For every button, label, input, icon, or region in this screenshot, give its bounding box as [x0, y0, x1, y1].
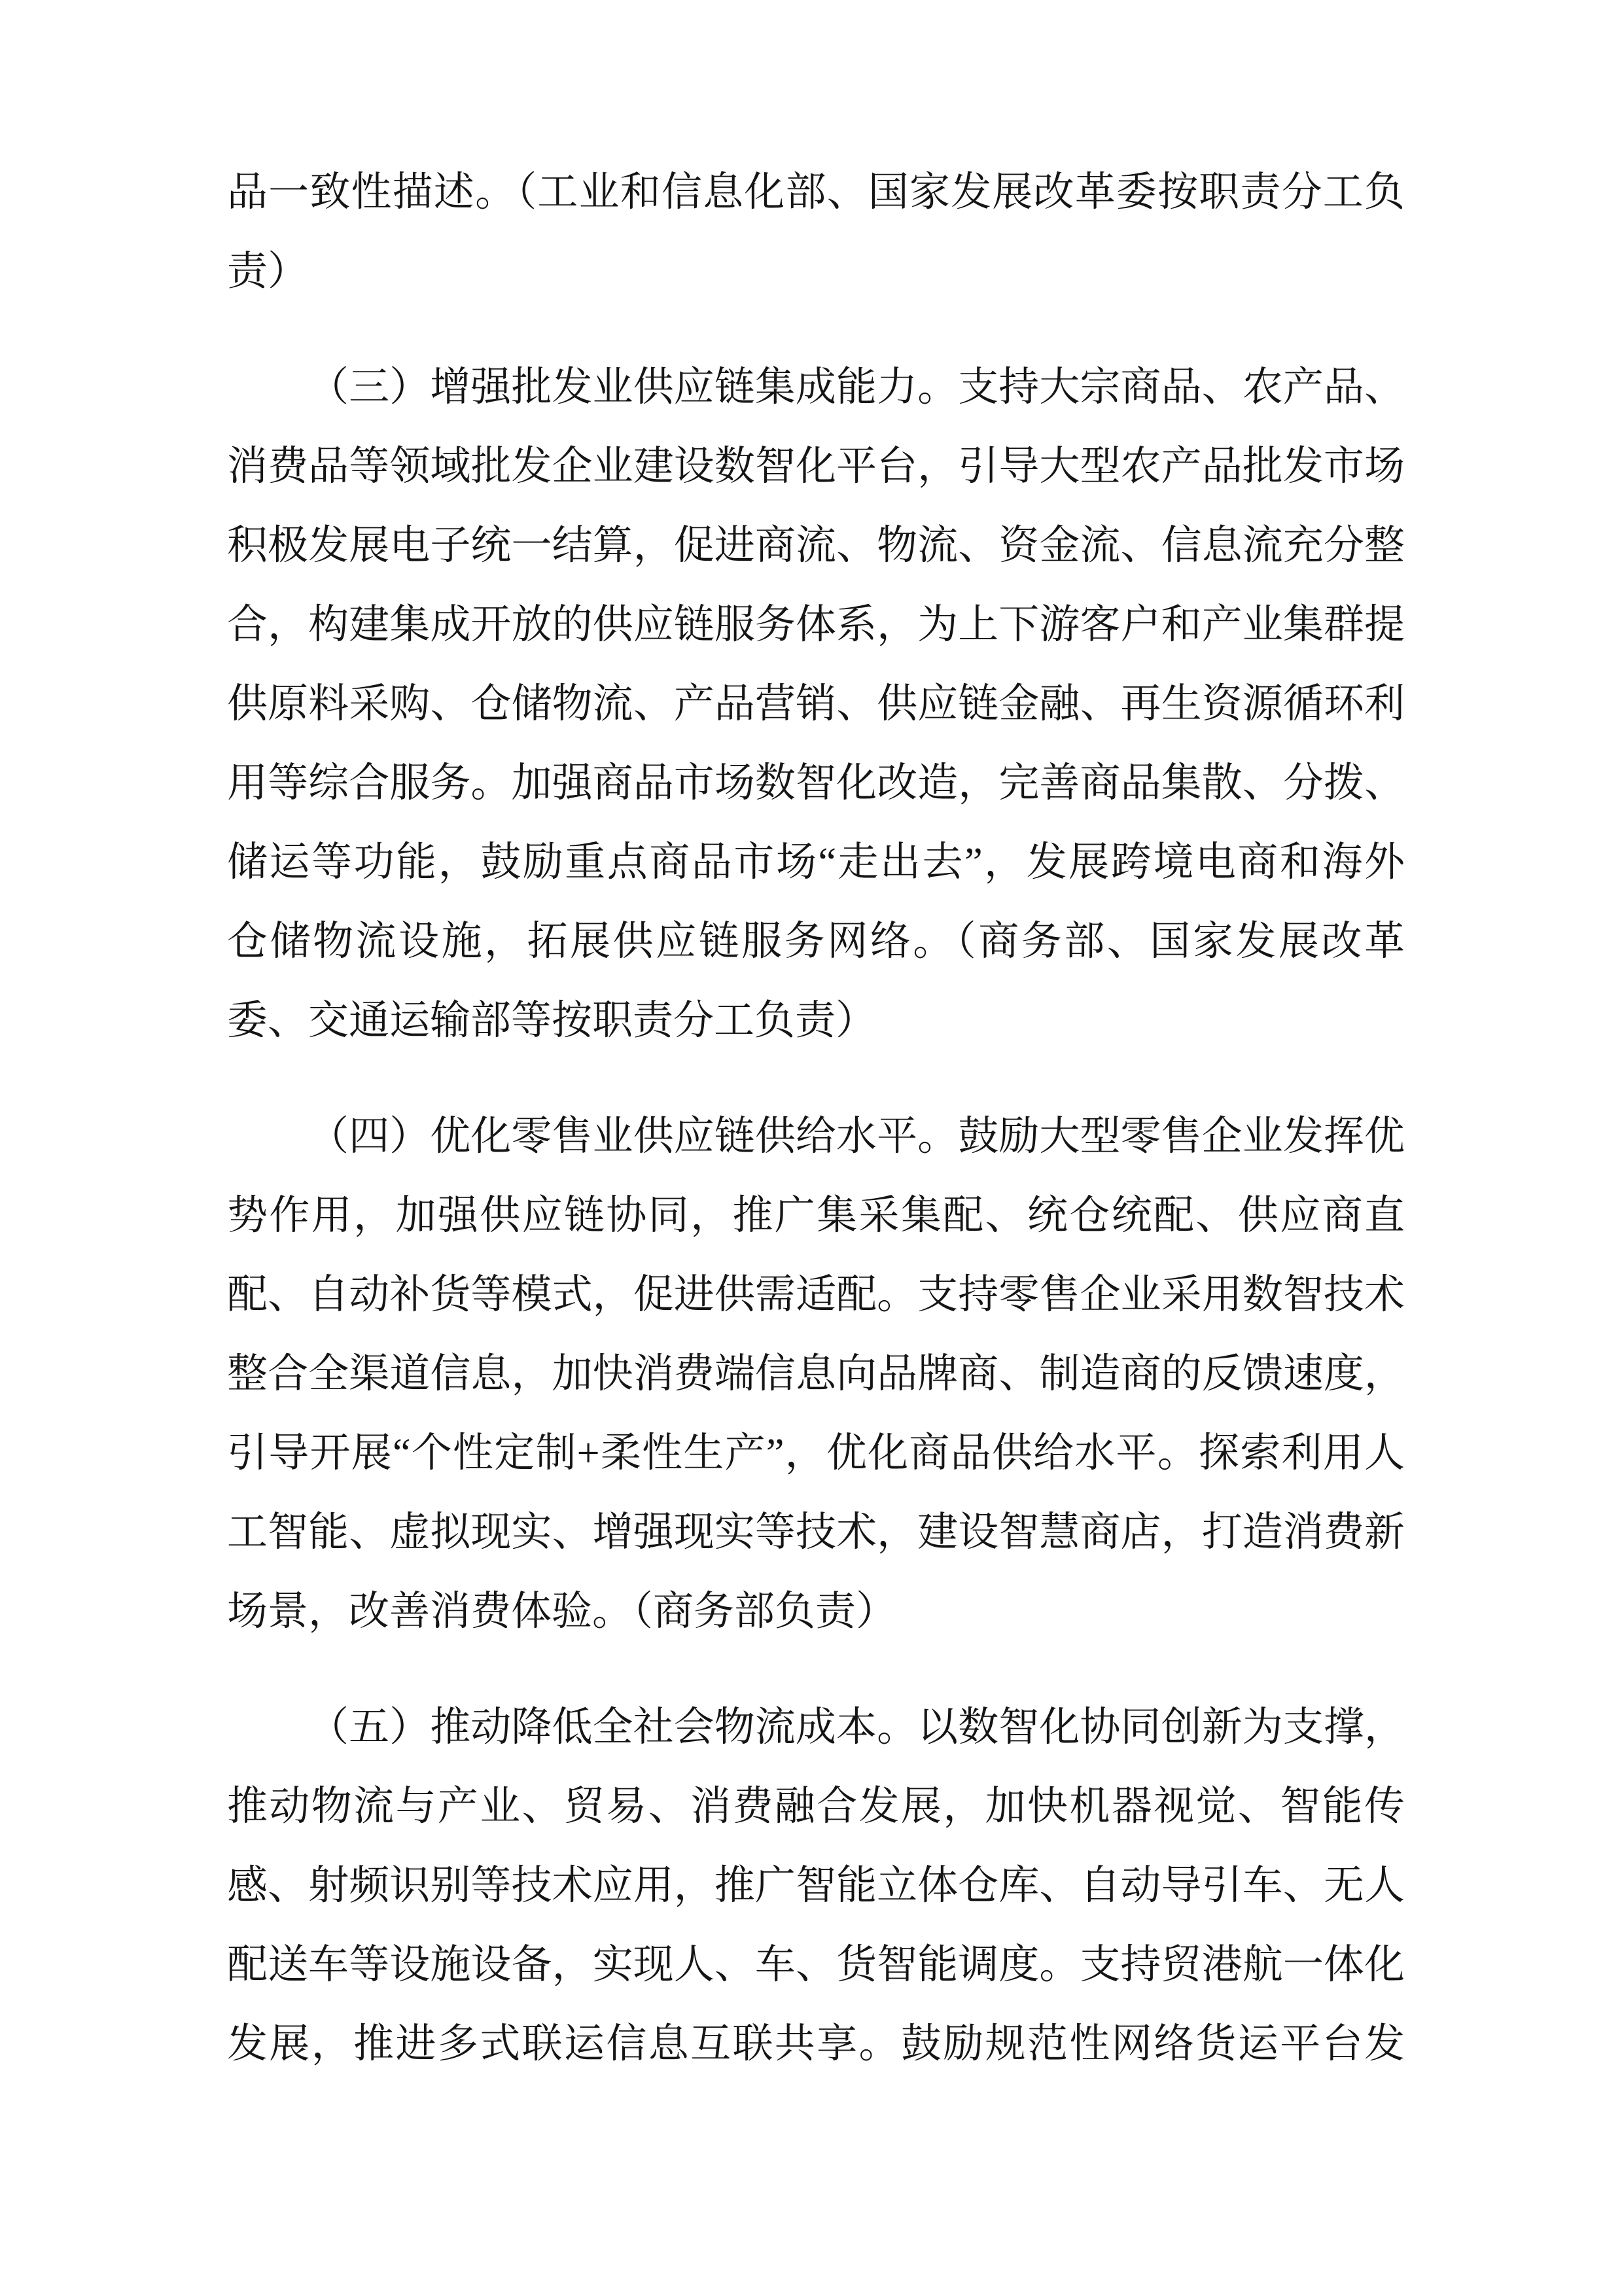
- text-line: 势作用，加强供应链协同，推广集采集配、统仓统配、供应商直: [227, 1176, 1405, 1256]
- text-line: 积极发展电子统一结算，促进商流、物流、资金流、信息流充分整: [227, 506, 1405, 586]
- text-line: 推动物流与产业、贸易、消费融合发展，加快机器视觉、智能传: [227, 1767, 1405, 1846]
- text-line: （四）优化零售业供应链供给水平。鼓励大型零售企业发挥优: [227, 1097, 1405, 1176]
- text-line: 发展，推进多式联运信息互联共享。鼓励规范性网络货运平台发: [227, 2005, 1405, 2084]
- paragraph: 品一致性描述。（工业和信息化部、国家发展改革委按职责分工负责）: [227, 153, 1405, 311]
- text-line: 用等综合服务。加强商品市场数智化改造，完善商品集散、分拨、: [227, 744, 1405, 823]
- text-line: 委、交通运输部等按职责分工负责）: [227, 981, 1405, 1061]
- text-line: 感、射频识别等技术应用，推广智能立体仓库、自动导引车、无人: [227, 1846, 1405, 1926]
- text-line: 供原料采购、仓储物流、产品营销、供应链金融、再生资源循环利: [227, 665, 1405, 744]
- paragraph: （三）增强批发业供应链集成能力。支持大宗商品、农产品、消费品等领域批发企业建设数…: [227, 348, 1405, 1061]
- text-line: 品一致性描述。（工业和信息化部、国家发展改革委按职责分工负: [227, 153, 1405, 232]
- text-line: 消费品等领域批发企业建设数智化平台，引导大型农产品批发市场: [227, 427, 1405, 506]
- text-line: （五）推动降低全社会物流成本。以数智化协同创新为支撑，: [227, 1688, 1405, 1767]
- paragraph: （五）推动降低全社会物流成本。以数智化协同创新为支撑，推动物流与产业、贸易、消费…: [227, 1688, 1405, 2084]
- text-line: 配、自动补货等模式，促进供需适配。支持零售企业采用数智技术: [227, 1256, 1405, 1335]
- text-line: 储运等功能，鼓励重点商品市场“走出去”，发展跨境电商和海外: [227, 823, 1405, 902]
- paragraph: （四）优化零售业供应链供给水平。鼓励大型零售企业发挥优势作用，加强供应链协同，推…: [227, 1097, 1405, 1651]
- text-line: （三）增强批发业供应链集成能力。支持大宗商品、农产品、: [227, 348, 1405, 427]
- document-page: 品一致性描述。（工业和信息化部、国家发展改革委按职责分工负责）（三）增强批发业供…: [0, 0, 1622, 2296]
- text-line: 整合全渠道信息，加快消费端信息向品牌商、制造商的反馈速度，: [227, 1335, 1405, 1414]
- text-line: 合，构建集成开放的供应链服务体系，为上下游客户和产业集群提: [227, 586, 1405, 665]
- text-line: 仓储物流设施，拓展供应链服务网络。（商务部、国家发展改革: [227, 902, 1405, 981]
- document-body: 品一致性描述。（工业和信息化部、国家发展改革委按职责分工负责）（三）增强批发业供…: [227, 153, 1405, 2084]
- text-line: 配送车等设施设备，实现人、车、货智能调度。支持贸港航一体化: [227, 1926, 1405, 2005]
- text-line: 场景，改善消费体验。（商务部负责）: [227, 1572, 1405, 1651]
- text-line: 工智能、虚拟现实、增强现实等技术，建设智慧商店，打造消费新: [227, 1493, 1405, 1572]
- text-line: 引导开展“个性定制+柔性生产”，优化商品供给水平。探索利用人: [227, 1414, 1405, 1493]
- text-line: 责）: [227, 232, 1405, 311]
